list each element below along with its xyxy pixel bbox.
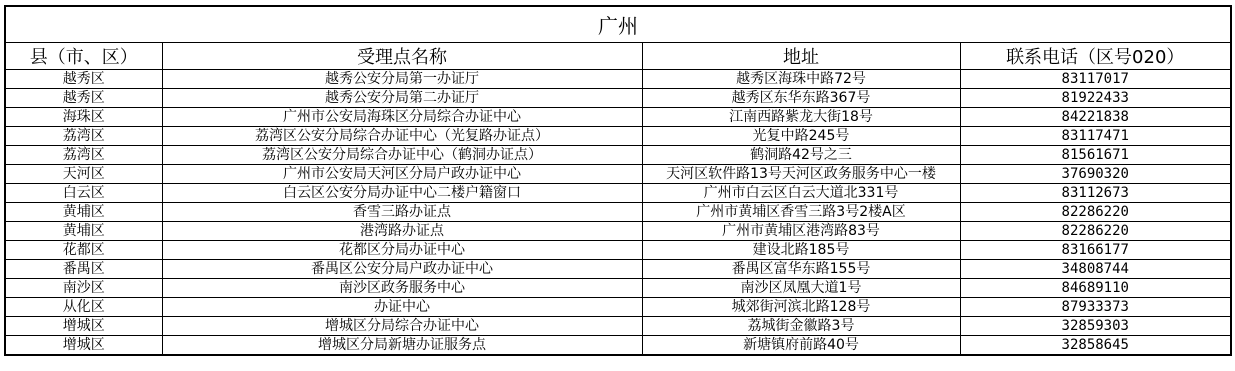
phone-cell: 81922433 bbox=[960, 89, 1231, 108]
table-row: 荔湾区荔湾区公安分局综合办证中心（鹤洞办证点）鹤洞路42号之三81561671 bbox=[5, 146, 1231, 165]
address-cell: 越秀区海珠中路72号 bbox=[642, 70, 960, 89]
address-cell: 荔城街金徽路3号 bbox=[642, 317, 960, 336]
phone-cell: 32859303 bbox=[960, 317, 1231, 336]
county-cell: 番禺区 bbox=[5, 260, 162, 279]
phone-cell: 84221838 bbox=[960, 108, 1231, 127]
table-row: 越秀区越秀公安分局第二办证厅越秀区东华东路367号81922433 bbox=[5, 89, 1231, 108]
address-cell: 鹤洞路42号之三 bbox=[642, 146, 960, 165]
address-cell: 南沙区凤凰大道1号 bbox=[642, 279, 960, 298]
address-cell: 建设北路185号 bbox=[642, 241, 960, 260]
county-cell: 增城区 bbox=[5, 317, 162, 336]
address-cell: 番禺区富华东路155号 bbox=[642, 260, 960, 279]
address-cell: 越秀区东华东路367号 bbox=[642, 89, 960, 108]
table-title: 广州 bbox=[5, 6, 1231, 43]
address-cell: 广州市白云区白云大道北331号 bbox=[642, 184, 960, 203]
office-name-cell: 白云区公安分局办证中心二楼户籍窗口 bbox=[162, 184, 642, 203]
office-name-cell: 广州市公安局天河区分局户政办证中心 bbox=[162, 165, 642, 184]
title-row: 广州 bbox=[5, 6, 1231, 43]
address-cell: 光复中路245号 bbox=[642, 127, 960, 146]
county-cell: 天河区 bbox=[5, 165, 162, 184]
office-name-cell: 香雪三路办证点 bbox=[162, 203, 642, 222]
county-cell: 花都区 bbox=[5, 241, 162, 260]
table-row: 从化区办证中心城郊街河滨北路128号87933373 bbox=[5, 298, 1231, 317]
table-row: 越秀区越秀公安分局第一办证厅越秀区海珠中路72号83117017 bbox=[5, 70, 1231, 89]
office-name-cell: 南沙区政务服务中心 bbox=[162, 279, 642, 298]
address-cell: 广州市黄埔区港湾路83号 bbox=[642, 222, 960, 241]
address-cell: 新塘镇府前路40号 bbox=[642, 336, 960, 356]
header-phone: 联系电话（区号020） bbox=[960, 43, 1231, 70]
table-row: 增城区增城区分局新塘办证服务点新塘镇府前路40号32858645 bbox=[5, 336, 1231, 356]
phone-cell: 83117017 bbox=[960, 70, 1231, 89]
table-row: 南沙区南沙区政务服务中心南沙区凤凰大道1号84689110 bbox=[5, 279, 1231, 298]
phone-cell: 32858645 bbox=[960, 336, 1231, 356]
county-cell: 越秀区 bbox=[5, 70, 162, 89]
phone-cell: 37690320 bbox=[960, 165, 1231, 184]
county-cell: 黄埔区 bbox=[5, 203, 162, 222]
header-county: 县（市、区） bbox=[5, 43, 162, 70]
table-row: 黄埔区香雪三路办证点广州市黄埔区香雪三路3号2楼A区82286220 bbox=[5, 203, 1231, 222]
table-row: 白云区白云区公安分局办证中心二楼户籍窗口广州市白云区白云大道北331号83112… bbox=[5, 184, 1231, 203]
phone-cell: 83166177 bbox=[960, 241, 1231, 260]
county-cell: 越秀区 bbox=[5, 89, 162, 108]
county-cell: 白云区 bbox=[5, 184, 162, 203]
phone-cell: 82286220 bbox=[960, 222, 1231, 241]
phone-cell: 82286220 bbox=[960, 203, 1231, 222]
address-cell: 江南西路紫龙大街18号 bbox=[642, 108, 960, 127]
phone-cell: 83112673 bbox=[960, 184, 1231, 203]
county-cell: 从化区 bbox=[5, 298, 162, 317]
office-name-cell: 增城区分局新塘办证服务点 bbox=[162, 336, 642, 356]
office-name-cell: 番禺区公安分局户政办证中心 bbox=[162, 260, 642, 279]
phone-cell: 34808744 bbox=[960, 260, 1231, 279]
address-cell: 广州市黄埔区香雪三路3号2楼A区 bbox=[642, 203, 960, 222]
office-directory-table: 广州 县（市、区） 受理点名称 地址 联系电话（区号020） 越秀区越秀公安分局… bbox=[4, 5, 1232, 356]
office-name-cell: 办证中心 bbox=[162, 298, 642, 317]
county-cell: 荔湾区 bbox=[5, 127, 162, 146]
header-office-name: 受理点名称 bbox=[162, 43, 642, 70]
office-name-cell: 增城区分局综合办证中心 bbox=[162, 317, 642, 336]
address-cell: 城郊街河滨北路128号 bbox=[642, 298, 960, 317]
phone-cell: 84689110 bbox=[960, 279, 1231, 298]
table-row: 增城区增城区分局综合办证中心荔城街金徽路3号32859303 bbox=[5, 317, 1231, 336]
table-row: 花都区花都区分局办证中心建设北路185号83166177 bbox=[5, 241, 1231, 260]
phone-cell: 83117471 bbox=[960, 127, 1231, 146]
table-row: 海珠区广州市公安局海珠区分局综合办证中心江南西路紫龙大街18号84221838 bbox=[5, 108, 1231, 127]
table-row: 黄埔区港湾路办证点广州市黄埔区港湾路83号82286220 bbox=[5, 222, 1231, 241]
office-name-cell: 越秀公安分局第一办证厅 bbox=[162, 70, 642, 89]
county-cell: 南沙区 bbox=[5, 279, 162, 298]
phone-cell: 87933373 bbox=[960, 298, 1231, 317]
address-cell: 天河区软件路13号天河区政务服务中心一楼 bbox=[642, 165, 960, 184]
header-address: 地址 bbox=[642, 43, 960, 70]
office-name-cell: 广州市公安局海珠区分局综合办证中心 bbox=[162, 108, 642, 127]
county-cell: 增城区 bbox=[5, 336, 162, 356]
office-name-cell: 荔湾区公安分局综合办证中心（鹤洞办证点） bbox=[162, 146, 642, 165]
phone-cell: 81561671 bbox=[960, 146, 1231, 165]
county-cell: 荔湾区 bbox=[5, 146, 162, 165]
county-cell: 黄埔区 bbox=[5, 222, 162, 241]
office-name-cell: 荔湾区公安分局综合办证中心（光复路办证点） bbox=[162, 127, 642, 146]
table-row: 天河区广州市公安局天河区分局户政办证中心天河区软件路13号天河区政务服务中心一楼… bbox=[5, 165, 1231, 184]
header-row: 县（市、区） 受理点名称 地址 联系电话（区号020） bbox=[5, 43, 1231, 70]
county-cell: 海珠区 bbox=[5, 108, 162, 127]
office-name-cell: 越秀公安分局第二办证厅 bbox=[162, 89, 642, 108]
table-row: 番禺区番禺区公安分局户政办证中心番禺区富华东路155号34808744 bbox=[5, 260, 1231, 279]
table-row: 荔湾区荔湾区公安分局综合办证中心（光复路办证点）光复中路245号83117471 bbox=[5, 127, 1231, 146]
office-name-cell: 花都区分局办证中心 bbox=[162, 241, 642, 260]
office-name-cell: 港湾路办证点 bbox=[162, 222, 642, 241]
